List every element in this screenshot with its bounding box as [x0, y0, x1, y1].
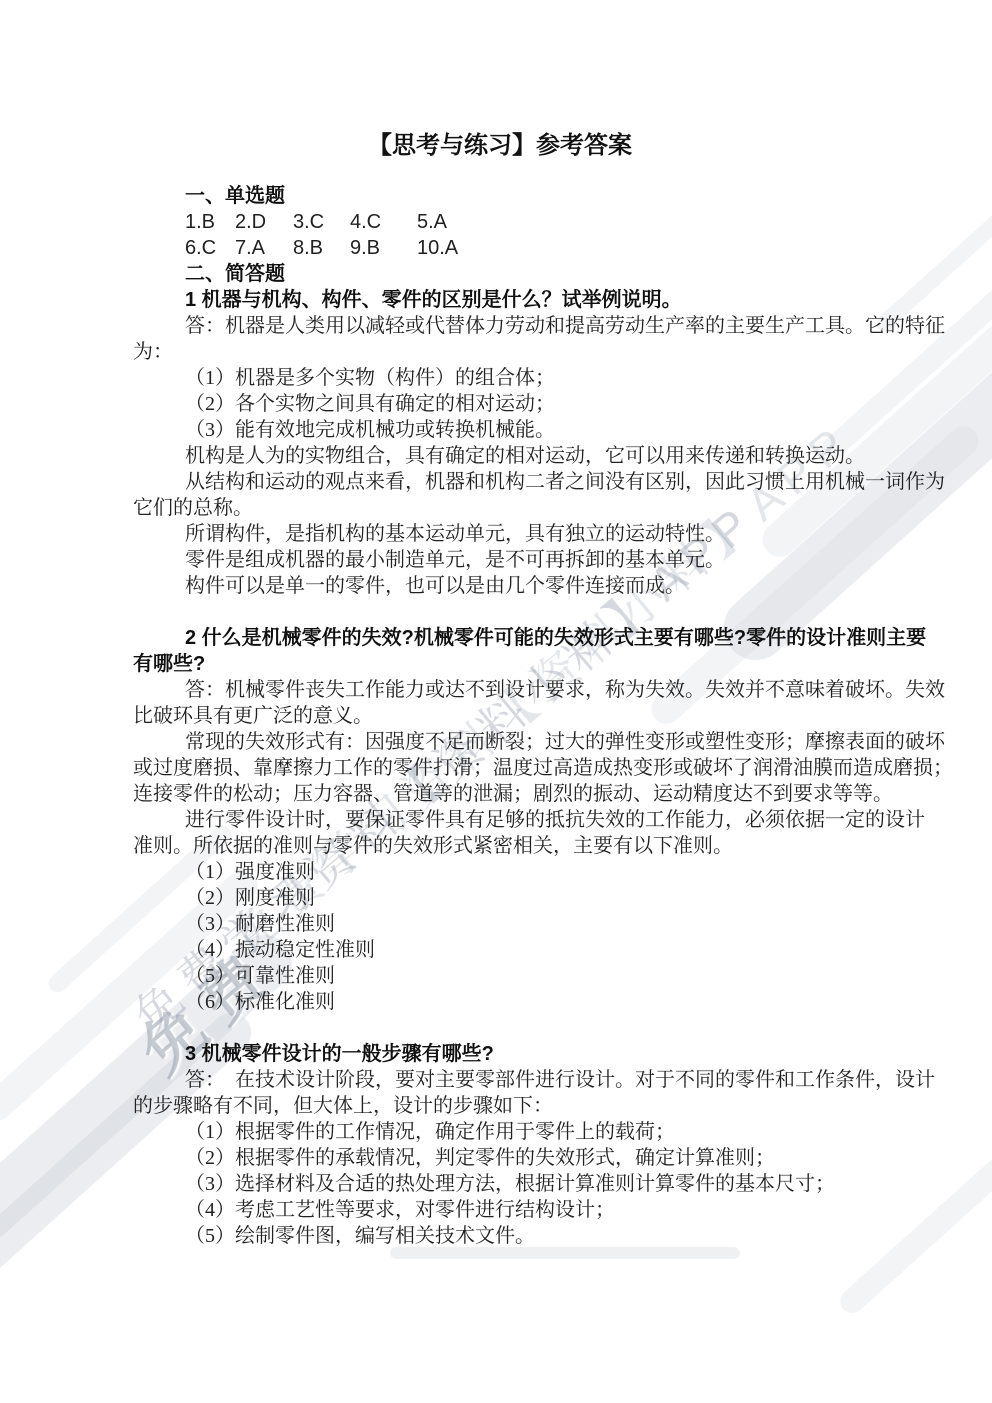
document-line: （1）机器是多个实物（构件）的组合体； — [133, 365, 867, 391]
document-line: 所谓构件，是指机构的基本运动单元，具有独立的运动特性。 — [133, 521, 867, 547]
document-line: 答：机械零件丧失工作能力或达不到设计要求，称为失效。失效并不意味着破坏。失效 — [133, 677, 867, 703]
mcq-answer-row-2: 6.C 7.A 8.B 9.B 10.A — [133, 235, 867, 261]
document-line: 或过度磨损、靠摩擦力工作的零件打滑；温度过高造成热变形或破坏了润滑油膜而造成磨损… — [133, 755, 867, 781]
document-line — [133, 599, 867, 625]
question-heading-line: 3 机械零件设计的一般步骤有哪些? — [133, 1041, 867, 1067]
document-line: （2）刚度准则 — [133, 885, 867, 911]
document-content: 【思考与练习】参考答案 一、单选题 1.B 2.D 3.C 4.C 5.A 6.… — [0, 0, 992, 1249]
mcq-answer: 5.A — [417, 209, 447, 235]
mcq-answer: 8.B — [293, 235, 350, 261]
document-line: （5）绘制零件图，编写相关技术文件。 — [133, 1223, 867, 1249]
question-heading-line: 2 什么是机械零件的失效?机械零件可能的失效形式主要有哪些?零件的设计准则主要 — [133, 625, 867, 651]
section-heading-saq: 二、简答题 — [133, 261, 867, 287]
document-line: （2）各个实物之间具有确定的相对运动； — [133, 391, 867, 417]
section-heading-mcq: 一、单选题 — [133, 183, 867, 209]
mcq-answer-row-1: 1.B 2.D 3.C 4.C 5.A — [133, 209, 867, 235]
document-line: 准则。所依据的准则与零件的失效形式紧密相关，主要有以下准则。 — [133, 833, 867, 859]
question-heading-line: 有哪些? — [133, 651, 867, 677]
document-line: 进行零件设计时，要保证零件具有足够的抵抗失效的工作能力，必须依据一定的设计 — [133, 807, 867, 833]
mcq-answer: 4.C — [350, 209, 417, 235]
document-page: 免费 免费学习资料【资料小料】APP 免费学习资料【资料小料】APP 【思考与练… — [0, 0, 992, 1403]
page-title: 【思考与练习】参考答案 — [133, 131, 867, 161]
mcq-answer: 1.B — [185, 209, 235, 235]
document-line: （6）标准化准则 — [133, 989, 867, 1015]
document-line: （4）考虑工艺性等要求，对零件进行结构设计； — [133, 1197, 867, 1223]
document-line: 从结构和运动的观点来看，机器和机构二者之间没有区别，因此习惯上用机械一词作为 — [133, 469, 867, 495]
mcq-answer: 6.C — [185, 235, 235, 261]
mcq-answer: 3.C — [293, 209, 350, 235]
document-line: 构件可以是单一的零件，也可以是由几个零件连接而成。 — [133, 573, 867, 599]
mcq-answer: 9.B — [350, 235, 417, 261]
mcq-answer: 2.D — [235, 209, 293, 235]
document-line: （3）能有效地完成机械功或转换机械能。 — [133, 417, 867, 443]
document-line — [133, 1015, 867, 1041]
mcq-answer: 7.A — [235, 235, 293, 261]
document-line: 零件是组成机器的最小制造单元，是不可再拆卸的基本单元。 — [133, 547, 867, 573]
document-line: （1）强度准则 — [133, 859, 867, 885]
document-line: 为： — [133, 339, 867, 365]
mcq-answer: 10.A — [417, 235, 458, 261]
document-line: （4）振动稳定性准则 — [133, 937, 867, 963]
document-line: 机构是人为的实物组合，具有确定的相对运动，它可以用来传递和转换运动。 — [133, 443, 867, 469]
document-line: 答： 在技术设计阶段，要对主要零部件进行设计。对于不同的零件和工作条件，设计 — [133, 1067, 867, 1093]
document-line: （3）选择材料及合适的热处理方法，根据计算准则计算零件的基本尺寸； — [133, 1171, 867, 1197]
document-line: （5）可靠性准则 — [133, 963, 867, 989]
document-line: 的步骤略有不同，但大体上，设计的步骤如下： — [133, 1093, 867, 1119]
question-heading-line: 1 机器与机构、构件、零件的区别是什么？试举例说明。 — [133, 287, 867, 313]
document-line: 常现的失效形式有：因强度不足而断裂；过大的弹性变形或塑性变形；摩擦表面的破坏 — [133, 729, 867, 755]
document-line: 它们的总称。 — [133, 495, 867, 521]
document-lines: 1 机器与机构、构件、零件的区别是什么？试举例说明。答：机器是人类用以减轻或代替… — [133, 287, 867, 1249]
document-line: （1）根据零件的工作情况，确定作用于零件上的载荷； — [133, 1119, 867, 1145]
document-line: （3）耐磨性准则 — [133, 911, 867, 937]
document-line: （2）根据零件的承载情况，判定零件的失效形式，确定计算准则； — [133, 1145, 867, 1171]
document-line: 比破环具有更广泛的意义。 — [133, 703, 867, 729]
document-line: 连接零件的松动；压力容器、管道等的泄漏；剧烈的振动、运动精度达不到要求等等。 — [133, 781, 867, 807]
document-line: 答：机器是人类用以减轻或代替体力劳动和提高劳动生产率的主要生产工具。它的特征 — [133, 313, 867, 339]
